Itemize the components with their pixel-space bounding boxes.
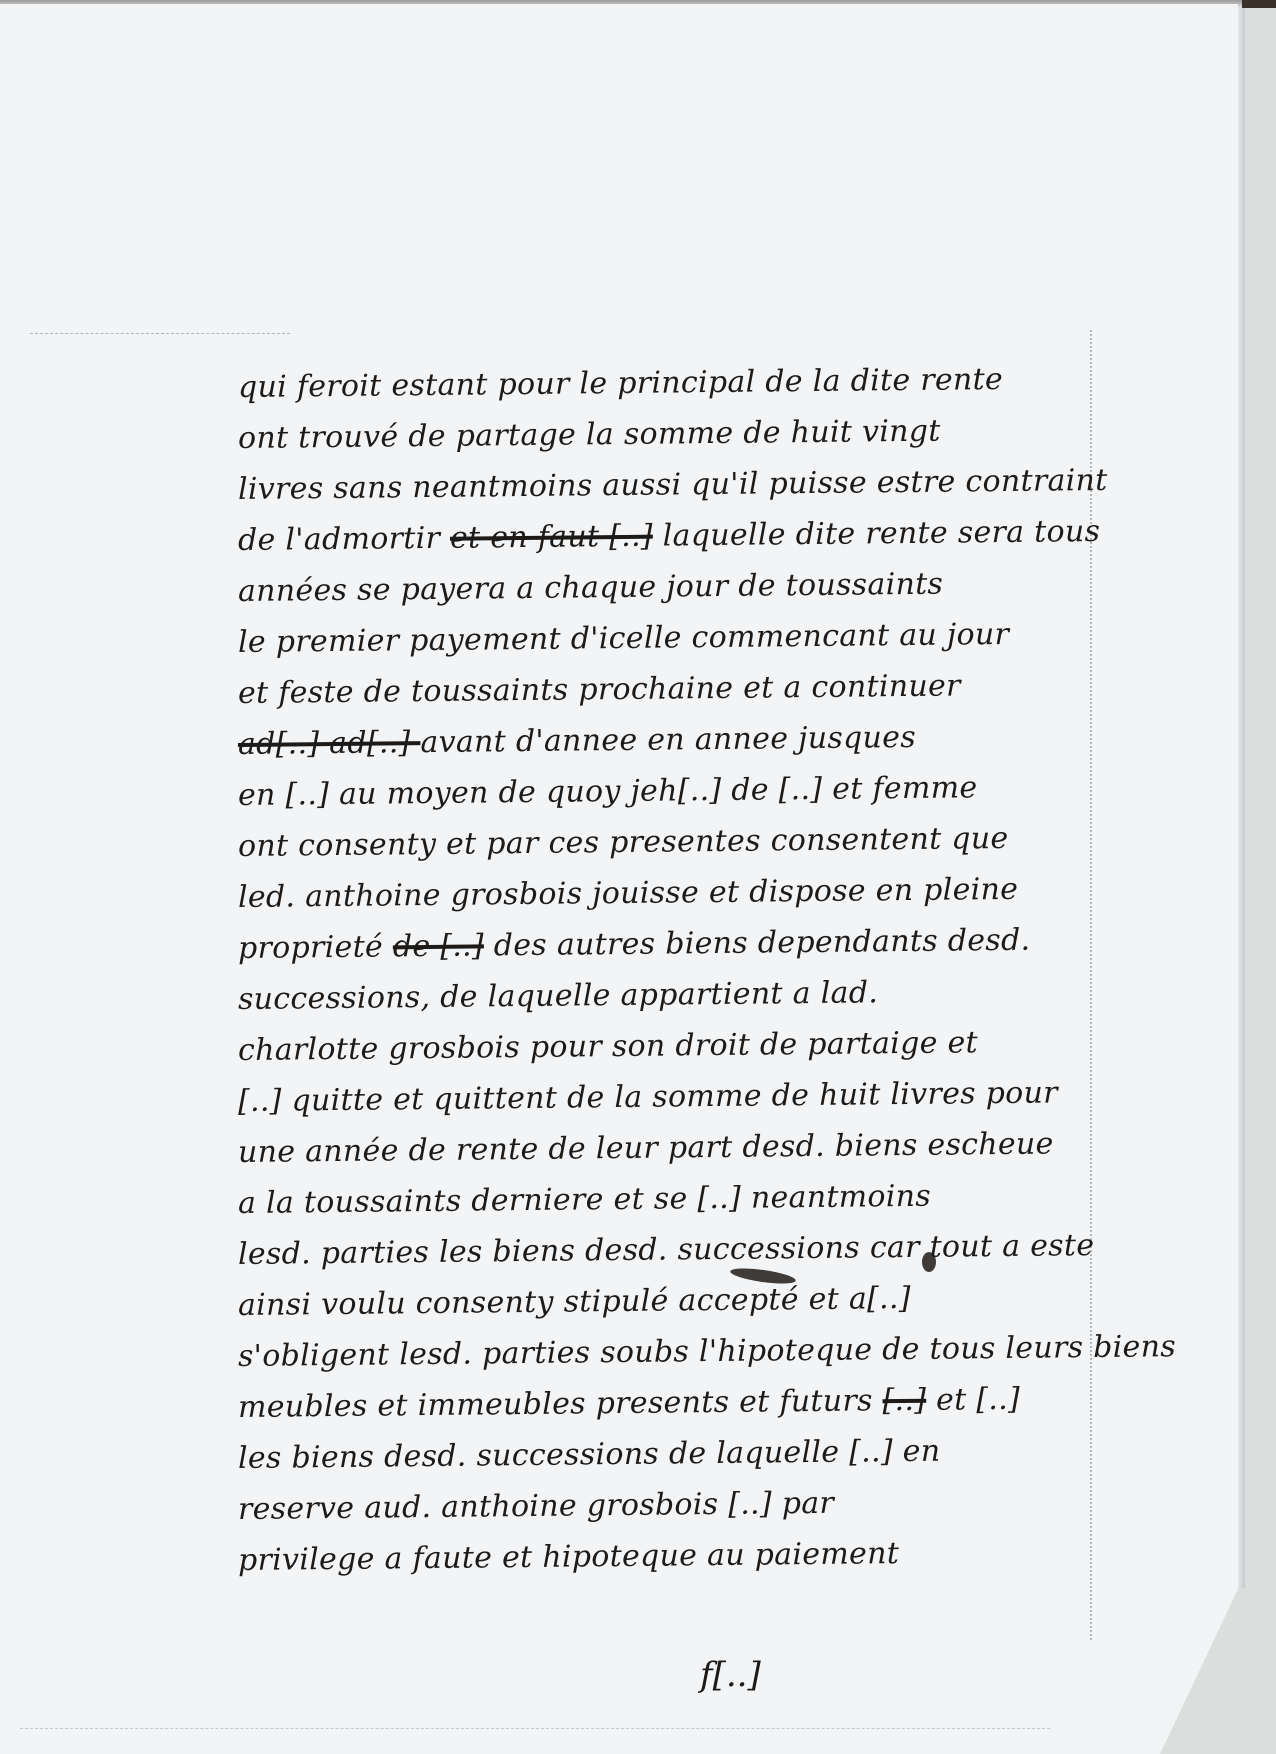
manuscript-line: ont trouvé de partage la somme de huit v… [238,414,941,456]
manuscript-line: années se payera a chaque jour de toussa… [238,567,944,609]
line-text: de l'admortir [238,521,450,558]
line-text: les biens desd. successions de laquelle … [238,1434,941,1476]
line-text: années se payera a chaque jour de toussa… [238,567,944,609]
line-text: meubles et immeubles presents et futurs [238,1383,883,1425]
struck-text: ad[..] ad[..] [238,725,421,762]
manuscript-line: reserve aud. anthoine grosbois [..] par [238,1486,834,1527]
struck-text: [..] [882,1383,926,1418]
manuscript-line: successions, de laquelle appartient a la… [238,975,878,1017]
line-text: successions, de laquelle appartient a la… [238,975,878,1017]
line-text: ont trouvé de partage la somme de huit v… [238,414,941,456]
manuscript-line: privilege a faute et hipoteque au paieme… [238,1536,899,1578]
struck-text: de [..] [393,928,484,964]
manuscript-line: ainsi voulu consenty stipulé accepté et … [238,1281,911,1323]
scanner-corner [1242,0,1276,8]
manuscript-line: a la toussaints derniere et se [..] nean… [238,1179,931,1221]
line-text: avant d'annee en annee jusques [420,720,916,760]
line-text: privilege a faute et hipoteque au paieme… [238,1536,899,1578]
line-text: a la toussaints derniere et se [..] nean… [238,1179,931,1221]
line-text-continued: laquelle dite rente sera tous [653,514,1101,554]
line-text: proprieté [238,929,393,966]
line-text-continued: des autres biens dependants desd. [484,923,1031,964]
line-text: ainsi voulu consenty stipulé accepté et … [238,1281,911,1323]
manuscript-line: les biens desd. successions de laquelle … [238,1434,941,1476]
line-text-continued: et [..] [926,1382,1020,1418]
manuscript-line: ad[..] ad[..] avant d'annee en annee jus… [238,720,916,762]
scan-artifact-rule-bottom [20,1728,1050,1729]
struck-text: et en faut [..] [450,519,653,556]
paraph-signature: f[..] [700,1655,761,1695]
line-text: reserve aud. anthoine grosbois [..] par [238,1486,834,1527]
scan-artifact-rule [30,333,290,334]
page-edge-shadow [1238,8,1245,1588]
